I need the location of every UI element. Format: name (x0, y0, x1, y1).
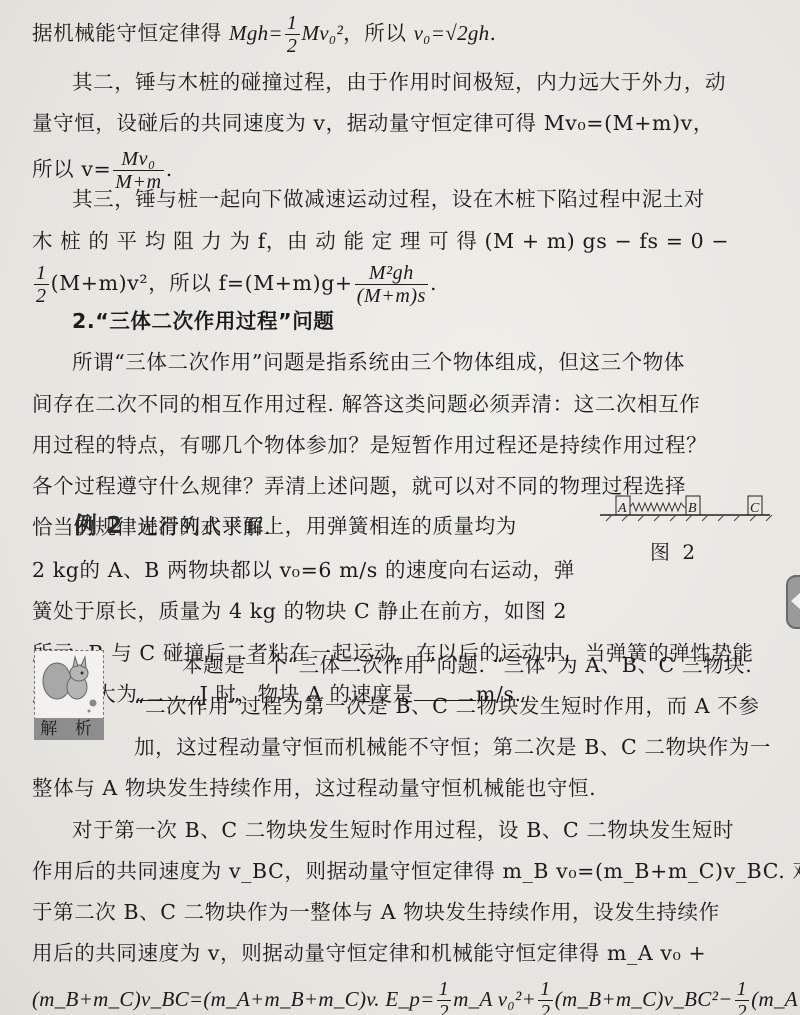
numerator: 1 (735, 978, 750, 1001)
formula: Mgh= (229, 21, 283, 45)
fraction: 12 (538, 978, 553, 1015)
numerator: 1 (538, 978, 553, 1001)
text-line-5: 其三，锤与桩一起向下做减速运动过程，设在木桩下陷过程中泥土对 (72, 186, 705, 212)
text-line-7: 12(M+m)v²，所以 f=(M+m)g+M²gh(M+m)s. (32, 262, 437, 307)
formula: (m_A (751, 987, 798, 1011)
line-text: . (166, 157, 173, 181)
text-line-6: 木 桩 的 平 均 阻 力 为 f，由 动 能 定 理 可 得 (M + m) … (32, 228, 729, 254)
analysis-line-3: 加，这过程动量守恒而机械能不守恒；第二次是 B、C 二物块作为一 (134, 734, 771, 760)
analysis-equation-line: (m_B+m_C)v_BC=(m_A+m_B+m_C)v. E_p=12m_A … (32, 978, 798, 1015)
page-turn-tab[interactable] (786, 575, 800, 629)
analysis-line-5: 对于第一次 B、C 二物块发生短时作用过程，设 B、C 二物块发生短时 (72, 817, 734, 843)
svg-text:B: B (688, 501, 697, 516)
text-line-9: 所谓“三体二次作用”问题是指系统由三个物体组成，但这三个物体 (72, 349, 685, 375)
text-line-3: 量守恒，设碰后的共同速度为 v，据动量守恒定律可得 Mv₀=(M+m)v， (32, 110, 714, 136)
line-text: (M+m)v²，所以 f=(M+m)g+ (51, 271, 353, 295)
line-text: . (430, 271, 437, 295)
analysis-line-4: 整体与 A 物块发生持续作用，这过程动量守恒机械能也守恒. (32, 775, 596, 801)
line-text: 所以 v= (32, 157, 111, 181)
denominator: 2 (538, 1001, 553, 1015)
spring-blocks-diagram: A B C (600, 483, 780, 523)
analysis-label: 解 析 (34, 718, 104, 740)
text-line-1: 据机械能守恒定律得 Mgh=12Mv₀²，所以 v₀=√2gh. (32, 12, 497, 57)
squirrel-mascot-icon (34, 650, 104, 720)
denominator: 2 (735, 1001, 750, 1015)
analysis-line-1: 本题是一个“三体二次作用”问题. “三体”为 A、B、C 三物块. (182, 652, 752, 678)
numerator: M²gh (355, 262, 428, 285)
text-line-11: 用过程的特点，有哪几个物体参加？是短暂作用过程还是持续作用过程？ (32, 432, 707, 458)
svg-text:A: A (617, 501, 627, 516)
figure-caption: 图 2 (650, 536, 698, 565)
fraction: 12 (437, 978, 452, 1015)
svg-text:C: C (750, 501, 760, 516)
section-heading: 2.“三体二次作用过程”问题 (72, 308, 334, 334)
fraction: 12 (34, 262, 49, 307)
denominator: 2 (437, 1001, 452, 1015)
formula: v₀=√2gh (414, 21, 490, 45)
line-text: ，所以 (343, 21, 413, 45)
denominator: (M+m)s (355, 285, 428, 307)
fraction: 12 (285, 12, 300, 57)
text-line-12: 各个过程遵守什么规律？弄清上述问题，就可以对不同的物理过程选择 (32, 473, 686, 499)
squirrel-icon (35, 651, 103, 719)
figure-2-diagram: A B C (600, 483, 780, 523)
text-line-10: 间存在二次不同的相互作用过程. 解答这类问题必须弄清：这二次相互作 (32, 391, 700, 417)
formula: m_A v₀²+ (453, 987, 536, 1011)
example-tag: 例 2 (74, 513, 123, 539)
numerator: 1 (437, 978, 452, 1001)
textbook-page: 据机械能守恒定律得 Mgh=12Mv₀²，所以 v₀=√2gh. 其二，锤与木桩… (0, 0, 800, 1015)
analysis-line-2: “二次作用”过程为第一次是 B、C 二物块发生短时作用，而 A 不参 (134, 693, 759, 719)
formula: Mv₀² (302, 21, 344, 45)
denominator: 2 (34, 285, 49, 307)
text-line-2: 其二，锤与木桩的碰撞过程，由于作用时间极短，内力远大于外力，动 (72, 69, 726, 95)
example-2: 例 2 光滑的水平面上，用弹簧相连的质量均为 (74, 513, 517, 539)
analysis-line-8: 用后的共同速度为 v，则据动量守恒定律和机械能守恒定律得 m_A v₀ + (32, 940, 706, 966)
analysis-line-6: 作用后的共同速度为 v_BC，则据动量守恒定律得 m_B v₀=(m_B+m_C… (32, 858, 800, 884)
example-line-2: 2 kg的 A、B 两物块都以 v₀=6 m/s 的速度向右运动，弹 (32, 557, 575, 583)
numerator: Mv₀ (113, 148, 163, 171)
example-text: 光滑的水平面上，用弹簧相连的质量均为 (137, 514, 517, 538)
fraction: M²gh(M+m)s (355, 262, 428, 307)
denominator: 2 (285, 35, 300, 57)
numerator: 1 (34, 262, 49, 285)
formula: (m_B+m_C)v_BC²− (555, 987, 733, 1011)
line-text: . (489, 21, 496, 45)
numerator: 1 (285, 12, 300, 35)
fraction: 12 (735, 978, 750, 1015)
formula: (m_B+m_C)v_BC=(m_A+m_B+m_C)v. E_p= (32, 987, 435, 1011)
example-line-3: 簧处于原长，质量为 4 kg 的物块 C 静止在前方，如图 2 (32, 598, 567, 624)
line-text: 据机械能守恒定律得 (32, 21, 229, 45)
analysis-line-7: 于第二次 B、C 二物块作为一整体与 A 物块发生持续作用，设发生持续作 (32, 899, 720, 925)
